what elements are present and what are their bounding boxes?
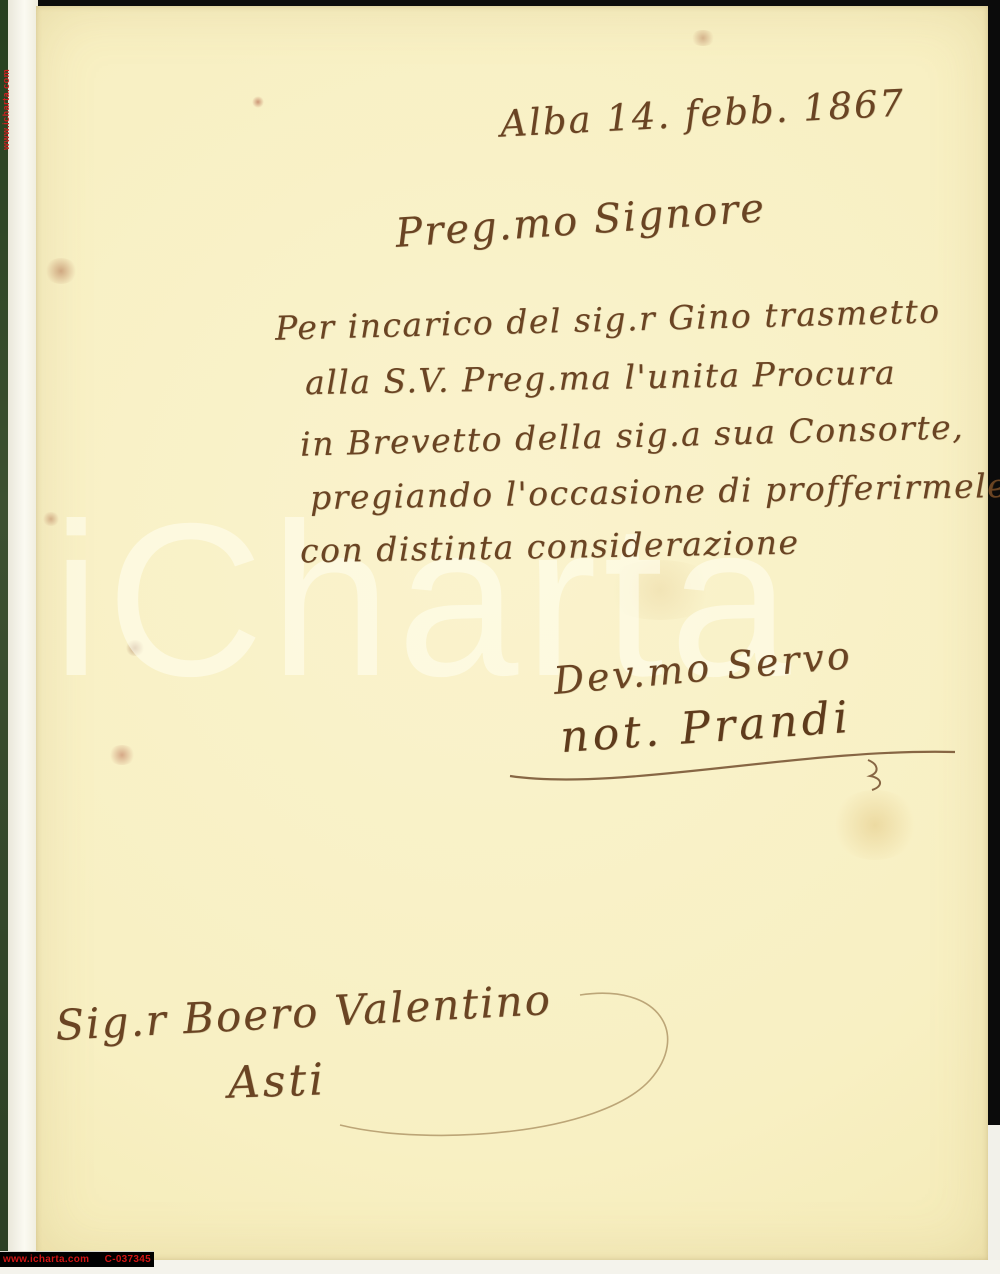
footer-site-text: www.icharta.com: [3, 1254, 89, 1265]
footer-label-bar: www.icharta.com C-037345: [0, 1251, 154, 1267]
scan-edge-right: [988, 0, 1000, 1125]
scanned-letter-page: iCharta Alba 14. febb. 1867 Preg.mo Sign…: [0, 0, 1000, 1274]
scan-edge-right-lower: [988, 1125, 1000, 1274]
recipient-city: Asti: [227, 1054, 327, 1108]
scan-edge-left: [0, 0, 8, 1274]
paper-backing-strip: [8, 0, 38, 1274]
footer-catalog-id: C-037345: [105, 1254, 151, 1265]
left-edge-site-text: www.icharta.com: [1, 69, 11, 150]
